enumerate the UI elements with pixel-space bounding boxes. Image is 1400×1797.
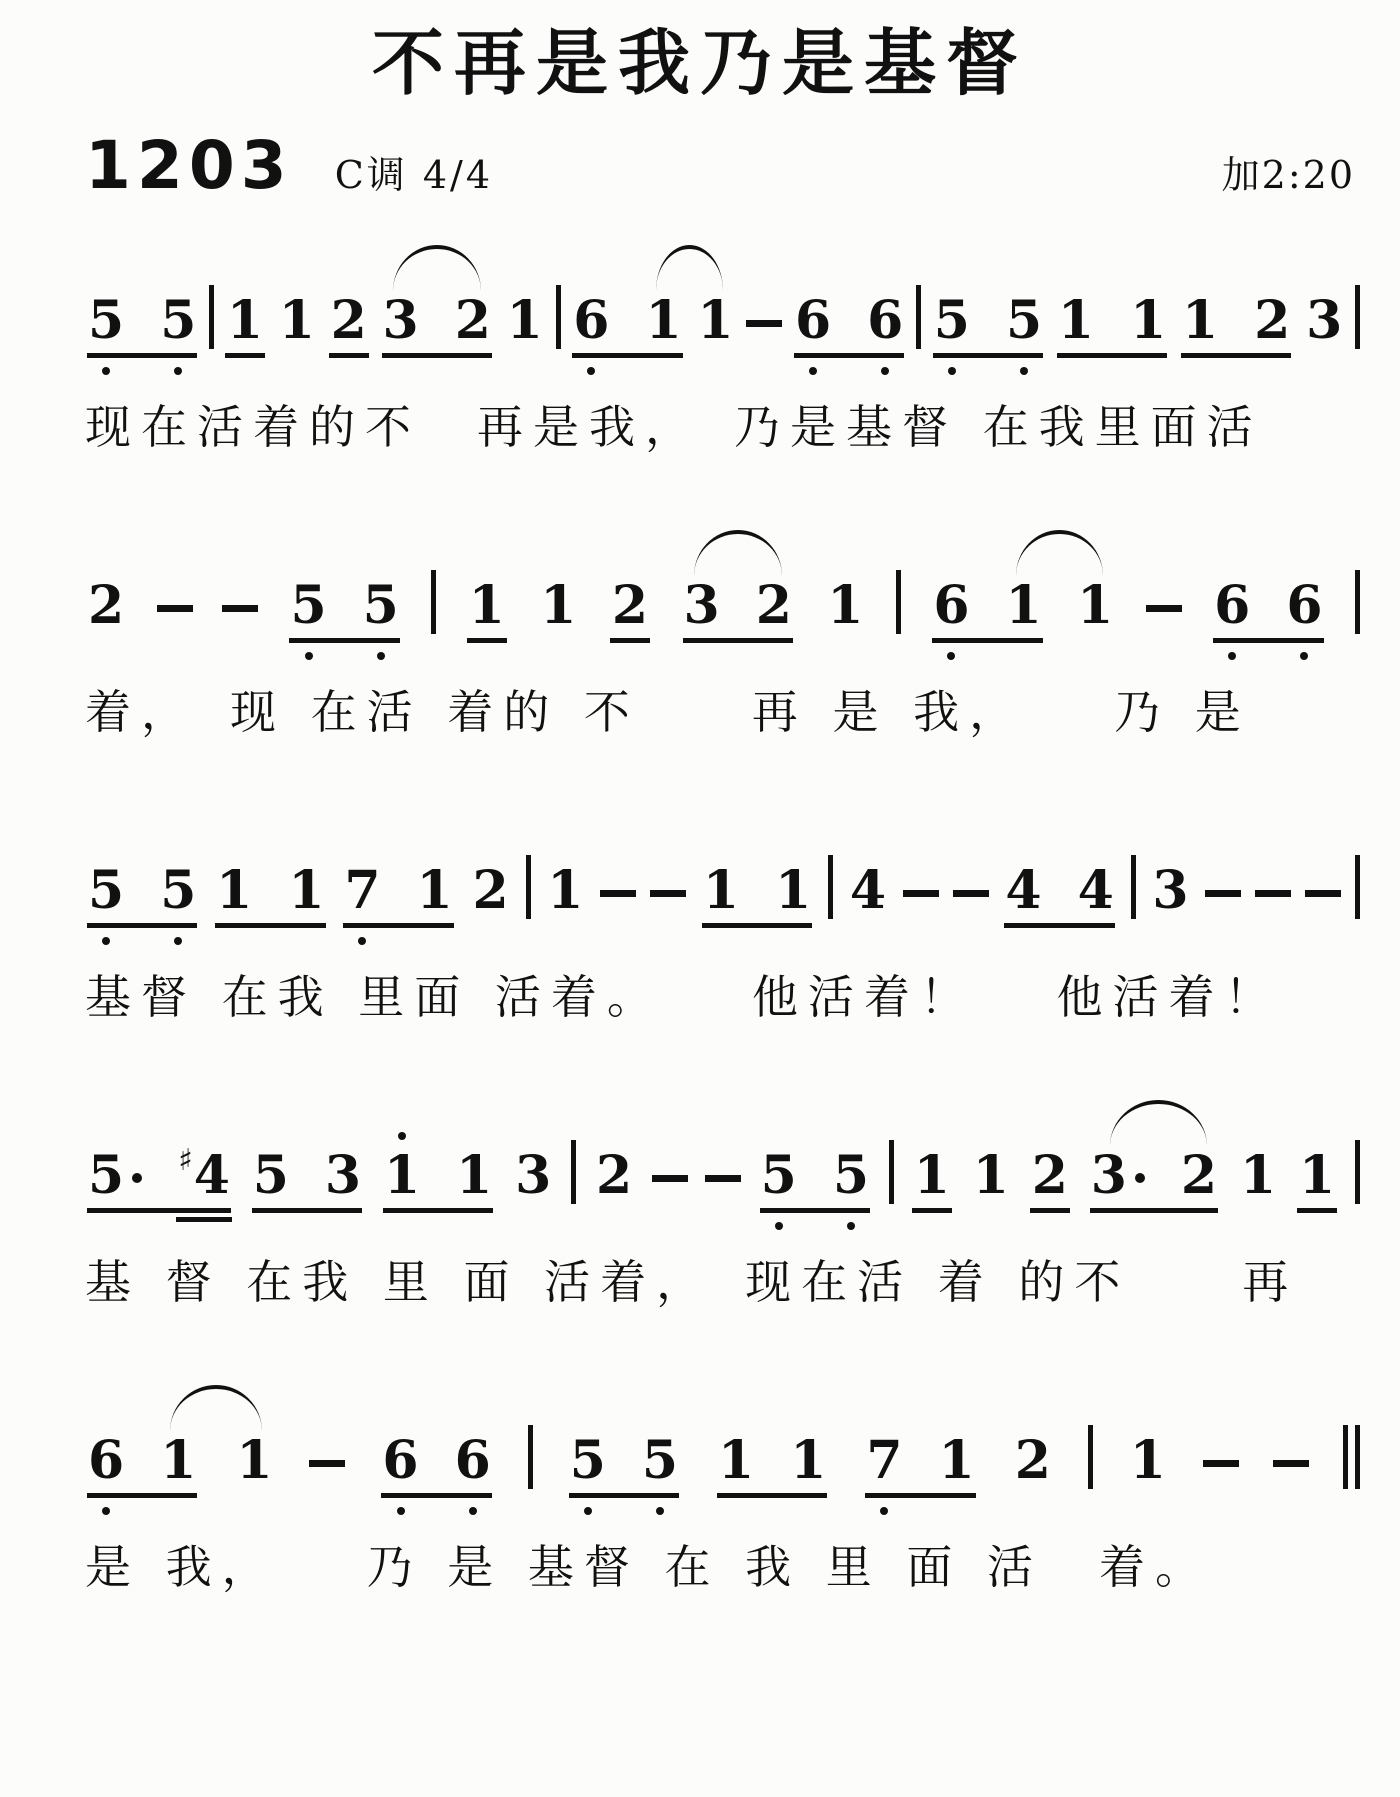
beam-underline — [717, 1493, 827, 1498]
note: 2 — [593, 1150, 635, 1202]
note: 1 — [233, 1435, 275, 1487]
beam-group: 66 — [379, 1435, 493, 1487]
slur-tie — [393, 245, 481, 291]
beam-group: 66 — [1211, 580, 1325, 632]
note: 1 — [381, 1150, 423, 1202]
note-number: 1 — [703, 865, 739, 917]
note-number: 2 — [756, 580, 792, 632]
octave-dot-low — [397, 1507, 405, 1515]
note: 6 — [379, 1435, 421, 1487]
note: 6 — [1283, 580, 1325, 632]
note-number: 4 — [850, 865, 886, 917]
note-number: 3 — [1306, 295, 1342, 347]
note-number: 6 — [573, 295, 609, 347]
beam-underline — [289, 638, 399, 643]
beam-underline — [252, 1208, 362, 1213]
note-number: 1 — [384, 1150, 420, 1202]
octave-dot-low — [1300, 652, 1308, 660]
note: 5 — [85, 295, 127, 347]
note-number: 6 — [867, 295, 903, 347]
octave-dot-low — [174, 367, 182, 375]
octave-dot-low — [102, 937, 110, 945]
duration-dash — [600, 890, 636, 897]
octave-dot-low — [469, 1507, 477, 1515]
note-number: 6 — [795, 295, 831, 347]
scripture-reference: 加2:20 — [1222, 144, 1355, 199]
lyrics-line-1: 现在活着的不 再是我， 乃是基督 在我里面活 — [85, 401, 1400, 454]
note-number: 2 — [1181, 1150, 1217, 1202]
beam-group: 32 — [1088, 1150, 1220, 1202]
beam-underline — [1057, 353, 1167, 358]
octave-dot-low — [305, 652, 313, 660]
note-number: 1 — [973, 1150, 1009, 1202]
beam-group: 55 — [287, 580, 401, 632]
barline — [896, 570, 901, 634]
note: 1 — [936, 1435, 978, 1487]
note-number: 6 — [455, 1435, 491, 1487]
note: 6 — [1211, 580, 1253, 632]
beam-group: 11 — [1055, 295, 1169, 347]
duration-dash — [222, 605, 258, 612]
note: 5 — [639, 1435, 681, 1487]
notation-line-1: 55112321611665511123 — [85, 219, 1360, 389]
note-number: 1 — [279, 295, 315, 347]
beam-underline — [87, 353, 197, 358]
note: 1 — [1127, 295, 1169, 347]
note-number: 6 — [88, 1435, 124, 1487]
barline — [1355, 1140, 1360, 1204]
beam-underline — [87, 1493, 197, 1498]
octave-dot-low — [1020, 367, 1028, 375]
note-number: 1 — [914, 1150, 950, 1202]
duration-dash — [1255, 890, 1291, 897]
notation-line-3: 55117121114443 — [85, 789, 1360, 959]
beam-group: 32 — [380, 295, 494, 347]
note: 5 — [360, 580, 402, 632]
note: 2 — [1178, 1150, 1220, 1202]
note-number: 2 — [455, 295, 491, 347]
note: 3 — [1303, 295, 1345, 347]
note: 1 — [824, 580, 866, 632]
note: 2 — [1012, 1435, 1054, 1487]
note-number: 1 — [236, 1435, 272, 1487]
beam-underline — [760, 1208, 870, 1213]
duration-dash — [1305, 890, 1341, 897]
note-number: 2 — [473, 865, 509, 917]
note: 1 — [453, 1150, 495, 1202]
note-number: 1 — [227, 295, 263, 347]
duration-dash — [1205, 890, 1241, 897]
barline — [1343, 1425, 1348, 1489]
barline — [571, 1140, 576, 1204]
note: 5 — [85, 1146, 145, 1202]
note-number: 6 — [1286, 580, 1322, 632]
beam-underline — [87, 1208, 231, 1213]
duration-dash — [903, 890, 939, 897]
note-number: 3 — [325, 1150, 361, 1202]
note-number: 6 — [382, 1435, 418, 1487]
note: 6 — [452, 1435, 494, 1487]
note: 2 — [753, 580, 795, 632]
note: 2 — [1251, 295, 1293, 347]
system-4: 5♯4531132551123211 基 督 在我 里 面 活着， 现在活 着 … — [0, 1074, 1400, 1309]
octave-dot-high — [398, 1132, 406, 1140]
beam-underline — [1181, 353, 1291, 358]
eighth-underline — [912, 1208, 952, 1213]
duration-dash — [157, 605, 193, 612]
note: 1 — [642, 295, 684, 347]
beam-underline — [343, 923, 453, 928]
beam-group: 71 — [863, 1435, 977, 1487]
barline — [1355, 855, 1360, 919]
note: 2 — [85, 580, 127, 632]
note: 5 — [567, 1435, 609, 1487]
note-number: 1 — [469, 580, 505, 632]
octave-dot-low — [809, 367, 817, 375]
barline — [1088, 1425, 1093, 1489]
octave-dot-low — [881, 367, 889, 375]
beam-underline — [1090, 1208, 1218, 1213]
lyrics-line-4: 基 督 在我 里 面 活着， 现在活 着 的不 再 — [85, 1256, 1400, 1309]
octave-dot-low — [584, 1507, 592, 1515]
slur-tie — [1016, 530, 1104, 576]
note-number: 1 — [1130, 1435, 1166, 1487]
note-number: 6 — [933, 580, 969, 632]
note: 4 — [847, 865, 889, 917]
note-number: 1 — [645, 295, 681, 347]
hymn-page: 不再是我乃是基督 1203 C调 4/4 加2:20 5511232161166… — [0, 0, 1400, 1594]
note: 5 — [250, 1150, 292, 1202]
note: 2 — [609, 580, 651, 632]
octave-dot-low — [102, 1507, 110, 1515]
octave-dot-low — [174, 937, 182, 945]
note: 1 — [700, 865, 742, 917]
duration-dash — [953, 890, 989, 897]
barline — [556, 285, 561, 349]
note-number: 3 — [1091, 1150, 1127, 1202]
note-number: 1 — [790, 1435, 826, 1487]
note: 1 — [1127, 1435, 1169, 1487]
beam-group: 32 — [681, 580, 795, 632]
note: 5 — [1003, 295, 1045, 347]
beam-group: 44 — [1002, 865, 1116, 917]
note: 1 — [466, 580, 508, 632]
note: 1 — [157, 1435, 199, 1487]
octave-dot-low — [358, 937, 366, 945]
header-row: 1203 C调 4/4 加2:20 — [85, 133, 1355, 199]
beam-group: 11 — [213, 865, 327, 917]
eighth-underline — [1297, 1208, 1337, 1213]
note-number: 1 — [1077, 580, 1113, 632]
note: 1 — [1055, 295, 1097, 347]
eighth-underline — [610, 638, 650, 643]
note-number: 7 — [866, 1435, 902, 1487]
note-number: 2 — [612, 580, 648, 632]
barline — [209, 285, 214, 349]
note: 4 — [1002, 865, 1044, 917]
note: 1 — [787, 1435, 829, 1487]
note-number: 1 — [417, 865, 453, 917]
notation-line-2: 25511232161166 — [85, 504, 1360, 674]
system-3: 55117121114443 基督 在我 里面 活着。 他活着！ 他活着！ — [0, 789, 1400, 1024]
beam-group: 11 — [715, 1435, 829, 1487]
slur-tie — [656, 245, 724, 291]
slur-tie — [694, 530, 782, 576]
beam-underline — [215, 923, 325, 928]
system-5: 6116655117121 是 我， 乃 是 基督 在 我 里 面 活 着。 — [0, 1359, 1400, 1594]
note-number: 5 — [833, 1150, 869, 1202]
note-number: 1 — [216, 865, 252, 917]
note: 2 — [328, 295, 370, 347]
note: 6 — [930, 580, 972, 632]
beam-group: 71 — [341, 865, 455, 917]
beam-group: 55 — [85, 865, 199, 917]
duration-dash — [705, 1175, 741, 1182]
octave-dot-low — [847, 1222, 855, 1230]
beam-group: 11 — [700, 865, 814, 917]
note-number: 3 — [1152, 865, 1188, 917]
note: 1 — [285, 865, 327, 917]
note-number: 7 — [344, 865, 380, 917]
note-number: 5 — [88, 295, 124, 347]
beam-underline — [87, 923, 197, 928]
eighth-underline — [467, 638, 507, 643]
note: 6 — [864, 295, 906, 347]
slur-tie — [170, 1385, 262, 1431]
beam-underline — [794, 353, 904, 358]
sharp-icon: ♯ — [178, 1146, 193, 1176]
beam-underline — [865, 1493, 975, 1498]
note: 3 — [380, 295, 422, 347]
beam-group: 53 — [250, 1150, 364, 1202]
octave-dot-low — [587, 367, 595, 375]
beam-group: 61 — [570, 295, 684, 347]
beam-underline — [1004, 923, 1114, 928]
hymn-number: 1203 — [85, 133, 293, 199]
note-number: 3 — [515, 1150, 551, 1202]
note: 3 — [1088, 1150, 1148, 1202]
note-number: 5 — [290, 580, 326, 632]
note: 5 — [758, 1150, 800, 1202]
note-number: 5 — [88, 1150, 124, 1202]
note: 3 — [1149, 865, 1191, 917]
note-number: 3 — [383, 295, 419, 347]
system-1: 55112321611665511123 现在活着的不 再是我， 乃是基督 在我… — [0, 219, 1400, 454]
note: 7 — [863, 1435, 905, 1487]
lyrics-line-5: 是 我， 乃 是 基督 在 我 里 面 活 着。 — [85, 1541, 1400, 1594]
note-number: 1 — [827, 580, 863, 632]
beam-group: 12 — [1179, 295, 1293, 347]
note-number: 5 — [761, 1150, 797, 1202]
page-title: 不再是我乃是基督 — [0, 24, 1400, 103]
note: ♯4 — [175, 1146, 233, 1202]
note-number: 1 — [697, 295, 733, 347]
note: 1 — [504, 295, 546, 347]
note: 7 — [341, 865, 383, 917]
barline — [916, 285, 921, 349]
duration-dash — [652, 1175, 688, 1182]
note: 1 — [276, 295, 318, 347]
beam-group: 5♯4 — [85, 1146, 233, 1202]
beam-underline — [1213, 638, 1323, 643]
octave-dot-low — [102, 367, 110, 375]
note-number: 1 — [1058, 295, 1094, 347]
note-number: 5 — [1006, 295, 1042, 347]
note: 6 — [792, 295, 834, 347]
barline — [431, 570, 436, 634]
augmentation-dot — [132, 1173, 142, 1183]
notation-line-5: 6116655117121 — [85, 1359, 1360, 1529]
note: 1 — [414, 865, 456, 917]
note: 1 — [1074, 580, 1116, 632]
note: 2 — [470, 865, 512, 917]
beam-underline — [382, 353, 492, 358]
barline — [889, 1140, 894, 1204]
note-number: 5 — [160, 865, 196, 917]
duration-dash — [1273, 1460, 1309, 1467]
note-number: 1 — [775, 865, 811, 917]
note-number: 1 — [1240, 1150, 1276, 1202]
note-number: 2 — [1015, 1435, 1051, 1487]
duration-dash — [309, 1460, 345, 1467]
beam-group: 55 — [931, 295, 1045, 347]
note-number: 1 — [288, 865, 324, 917]
note: 5 — [287, 580, 329, 632]
augmentation-dot — [1135, 1173, 1145, 1183]
note-number: 1 — [1182, 295, 1218, 347]
beam-underline — [683, 638, 793, 643]
note: 1 — [911, 1150, 953, 1202]
music-systems: 55112321611665511123 现在活着的不 再是我， 乃是基督 在我… — [0, 219, 1400, 1593]
note: 5 — [931, 295, 973, 347]
note-number: 2 — [88, 580, 124, 632]
beam-group: 61 — [85, 1435, 199, 1487]
note-number: 1 — [1299, 1150, 1335, 1202]
barline — [828, 855, 833, 919]
note: 1 — [1237, 1150, 1279, 1202]
lyrics-line-2: 着， 现 在活 着的 不 再 是 我， 乃 是 — [85, 686, 1400, 739]
note-number: 5 — [160, 295, 196, 347]
note: 5 — [830, 1150, 872, 1202]
barline — [1355, 570, 1360, 634]
duration-dash — [746, 320, 782, 327]
note: 1 — [213, 865, 255, 917]
note: 1 — [537, 580, 579, 632]
duration-dash — [1203, 1460, 1239, 1467]
note: 2 — [452, 295, 494, 347]
note: 3 — [512, 1150, 554, 1202]
note: 1 — [970, 1150, 1012, 1202]
barline — [1355, 285, 1360, 349]
hymn-key-signature: C调 4/4 — [335, 144, 493, 199]
beam-group: 66 — [792, 295, 906, 347]
note: 1 — [772, 865, 814, 917]
octave-dot-low — [1228, 652, 1236, 660]
note-number: 1 — [456, 1150, 492, 1202]
note: 5 — [85, 865, 127, 917]
note-number: 5 — [570, 1435, 606, 1487]
note: 5 — [157, 865, 199, 917]
beam-group: 55 — [567, 1435, 681, 1487]
note: 2 — [1029, 1150, 1071, 1202]
note: 6 — [85, 1435, 127, 1487]
note-number: 1 — [1006, 580, 1042, 632]
barline — [526, 855, 531, 919]
note-number: 2 — [331, 295, 367, 347]
slur-tie — [1110, 1100, 1207, 1146]
note: 4 — [1075, 865, 1117, 917]
note: 1 — [694, 295, 736, 347]
octave-dot-low — [948, 367, 956, 375]
beam-underline — [702, 923, 812, 928]
duration-dash — [1146, 605, 1182, 612]
note: 6 — [570, 295, 612, 347]
note-number: 2 — [1254, 295, 1290, 347]
beam-underline — [932, 638, 1042, 643]
octave-dot-low — [775, 1222, 783, 1230]
note-number: 5 — [253, 1150, 289, 1202]
octave-dot-low — [947, 652, 955, 660]
eighth-underline — [176, 1217, 232, 1222]
barline — [1131, 855, 1136, 919]
note: 3 — [322, 1150, 364, 1202]
octave-dot-low — [656, 1507, 664, 1515]
beam-group: 11 — [381, 1150, 495, 1202]
note: 1 — [1296, 1150, 1338, 1202]
final-barline — [1343, 1425, 1360, 1489]
note-number: 1 — [718, 1435, 754, 1487]
barline — [528, 1425, 533, 1489]
note-number: 5 — [363, 580, 399, 632]
eighth-underline — [329, 353, 369, 358]
note: 1 — [715, 1435, 757, 1487]
notation-line-4: 5♯4531132551123211 — [85, 1074, 1360, 1244]
note: 1 — [1003, 580, 1045, 632]
beam-underline — [933, 353, 1043, 358]
lyrics-line-3: 基督 在我 里面 活着。 他活着！ 他活着！ — [85, 971, 1400, 1024]
note-number: 3 — [684, 580, 720, 632]
note-number: 5 — [642, 1435, 678, 1487]
duration-dash — [650, 890, 686, 897]
note-number: 1 — [1130, 295, 1166, 347]
note-number: 5 — [934, 295, 970, 347]
system-2: 25511232161166 着， 现 在活 着的 不 再 是 我， 乃 是 — [0, 504, 1400, 739]
beam-underline — [381, 1493, 491, 1498]
eighth-underline — [225, 353, 265, 358]
octave-dot-low — [880, 1507, 888, 1515]
note-number: 4 — [1078, 865, 1114, 917]
note-number: 6 — [1214, 580, 1250, 632]
note-number: 2 — [1032, 1150, 1068, 1202]
note: 3 — [681, 580, 723, 632]
note-number: 4 — [194, 1150, 230, 1202]
beam-group: 61 — [930, 580, 1044, 632]
eighth-underline — [1030, 1208, 1070, 1213]
note: 1 — [544, 865, 586, 917]
note-number: 2 — [596, 1150, 632, 1202]
barline — [1355, 1425, 1360, 1489]
beam-group: 55 — [758, 1150, 872, 1202]
note-number: 1 — [939, 1435, 975, 1487]
note-number: 4 — [1005, 865, 1041, 917]
note-number: 5 — [88, 865, 124, 917]
note: 1 — [224, 295, 266, 347]
note-number: 1 — [160, 1435, 196, 1487]
note: 5 — [157, 295, 199, 347]
beam-underline — [569, 1493, 679, 1498]
beam-underline — [383, 1208, 493, 1213]
beam-underline — [572, 353, 682, 358]
